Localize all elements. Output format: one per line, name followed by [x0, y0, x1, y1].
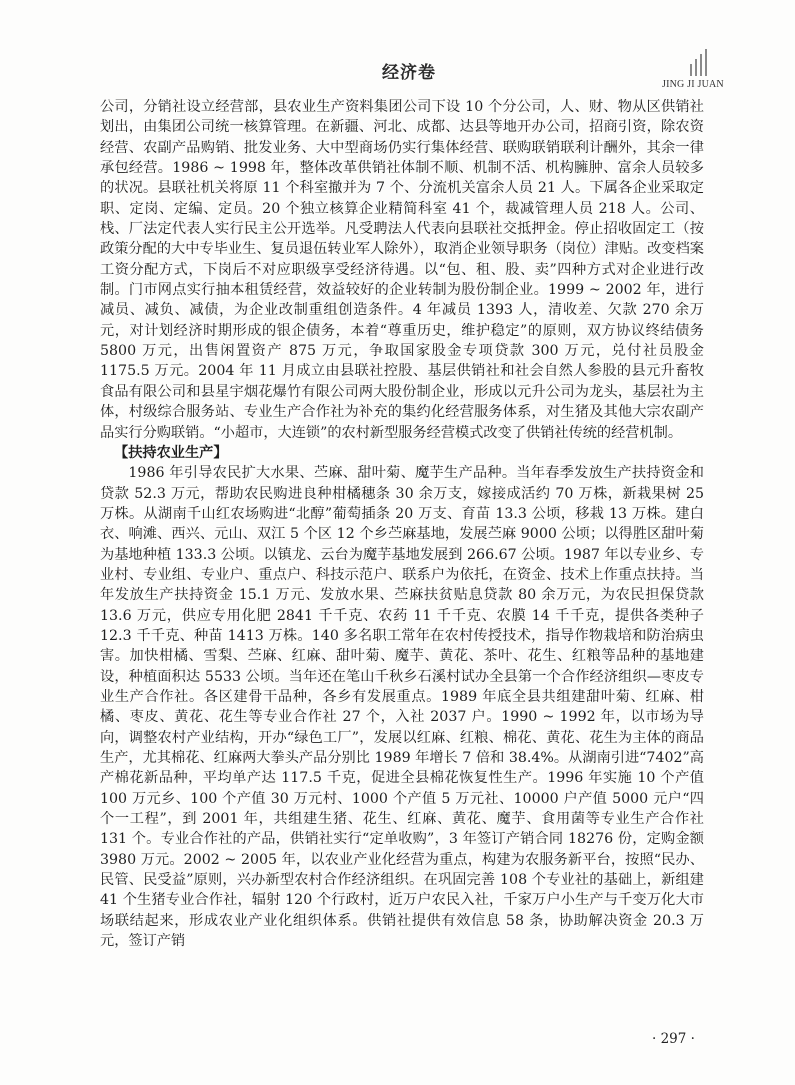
- paragraph: 公司，分销社设立经营部，县农业生产资料集团公司下设 10 个分公司，人、财、物从…: [100, 97, 704, 443]
- volume-logo: JING JI JUAN: [660, 40, 730, 90]
- bar-logo-icon: [690, 49, 707, 76]
- running-header-title: 经济卷: [382, 58, 436, 83]
- page-number: · 297 ·: [652, 1031, 695, 1047]
- paragraph: 1986 年引导农民扩大水果、苎麻、甜叶菊、魔芋生产品种。当年春季发放生产扶持资…: [100, 463, 704, 951]
- logo-text: JING JI JUAN: [662, 79, 724, 90]
- section-heading: 【扶持农业生产】: [100, 443, 704, 463]
- page-body: 公司，分销社设立经营部，县农业生产资料集团公司下设 10 个分公司，人、财、物从…: [100, 97, 704, 951]
